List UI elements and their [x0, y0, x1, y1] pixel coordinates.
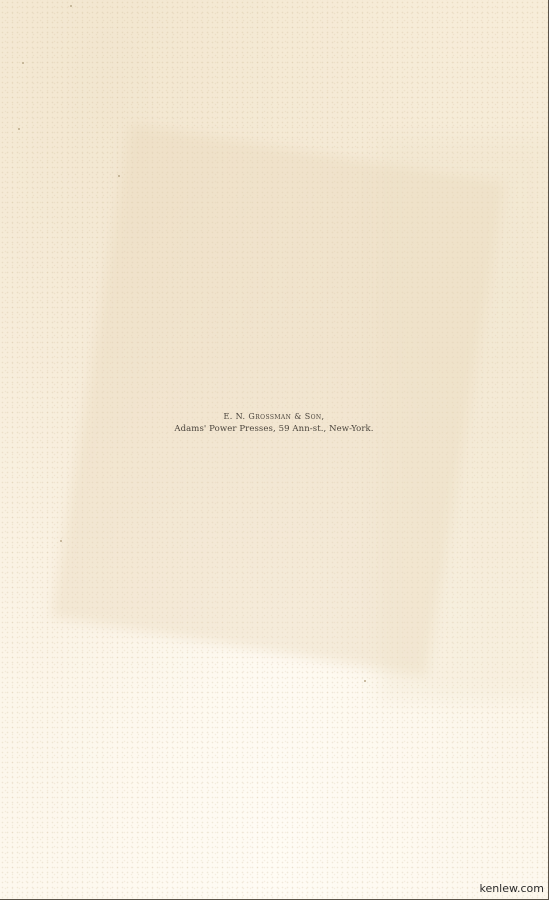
foxing-spot	[364, 680, 366, 682]
imprint-printer-name: E. N. Grossman & Son,	[0, 410, 548, 423]
foxing-spot	[22, 62, 24, 64]
foxing-spot	[70, 5, 72, 7]
imprint-printer-address: Adams' Power Presses, 59 Ann-st., New-Yo…	[0, 423, 548, 436]
foxing-spot	[60, 540, 62, 542]
foxing-spot	[18, 128, 20, 130]
printer-imprint: E. N. Grossman & Son, Adams' Power Press…	[0, 410, 548, 436]
offset-plate-shadow	[51, 123, 505, 676]
site-watermark: kenlew.com	[479, 882, 544, 895]
foxing-spot	[118, 175, 120, 177]
paper-texture	[0, 0, 548, 899]
book-page: E. N. Grossman & Son, Adams' Power Press…	[0, 0, 549, 900]
